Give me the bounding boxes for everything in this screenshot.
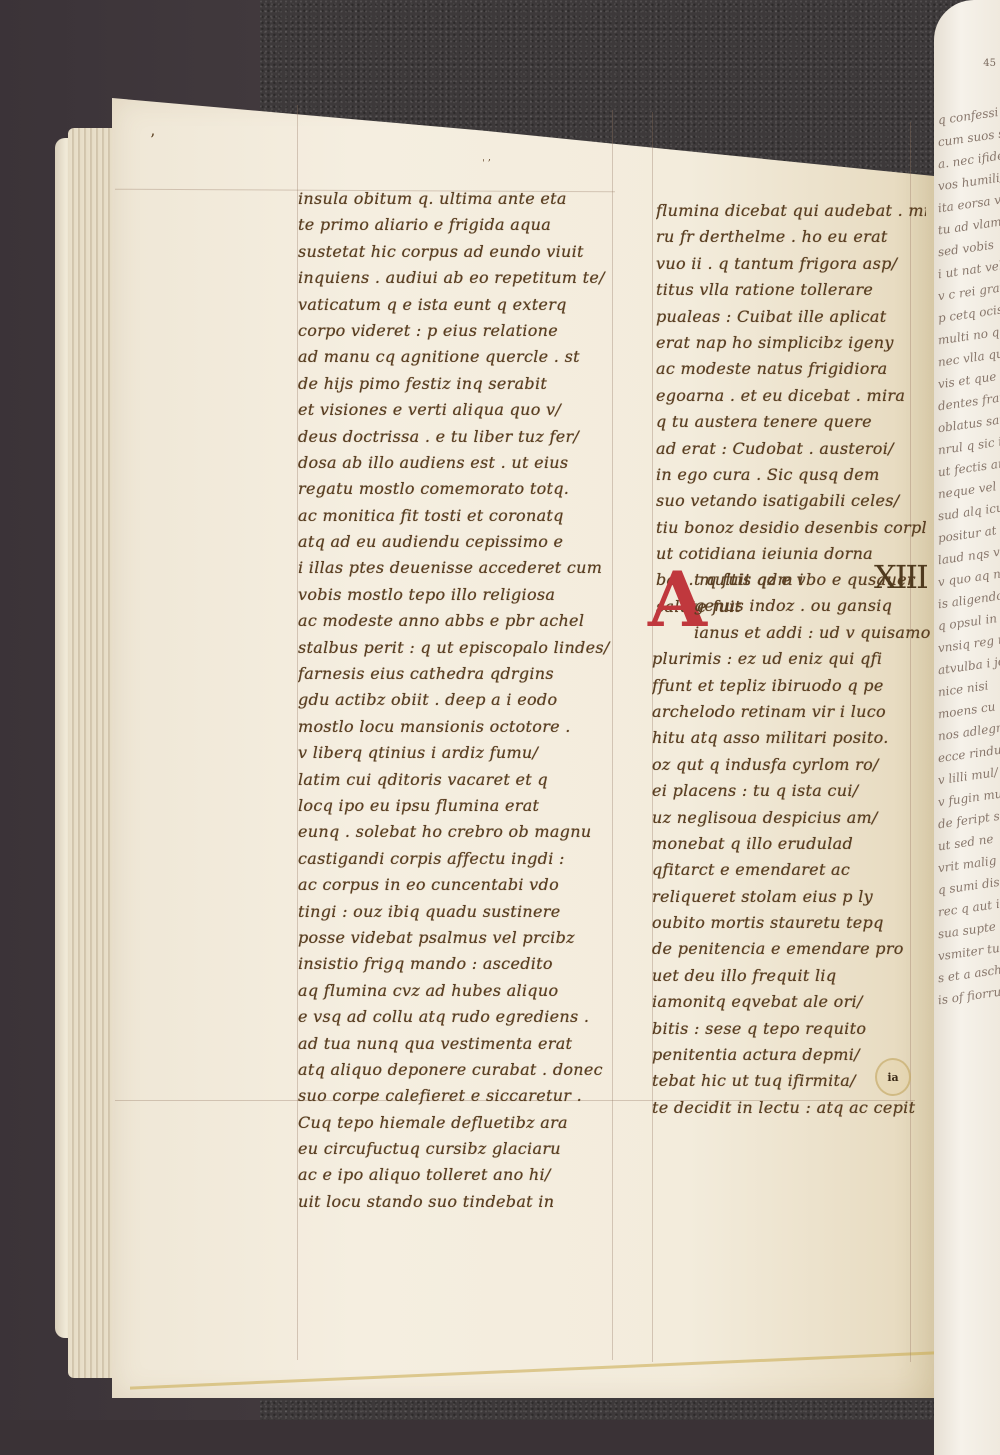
text-line: suo vetando isatigabili celes/ [656, 488, 926, 514]
library-stamp: ia [875, 1058, 911, 1096]
backdrop-bottom [0, 1420, 1000, 1455]
text-line: ianus et addi : ud v quisamo [694, 620, 930, 646]
text-line: ac modeste natus frigidiora [656, 356, 926, 382]
text-line: in ego cura . Sic qusq dem [656, 462, 926, 488]
text-line: bitis : sese q tepo requito [652, 1016, 930, 1042]
text-line: inquiens . audiui ab eo repetitum te/ [298, 265, 618, 291]
text-line: stalbus perit : q ut episcopalo lindes/ [298, 635, 618, 661]
text-line: ac modeste anno abbs e pbr achel [298, 608, 618, 634]
text-line: et visiones e verti aliqua quo v/ [298, 397, 618, 423]
text-line: te decidit in lectu : atq ac cepit [652, 1095, 930, 1121]
text-line: ac corpus in eo cuncentabi vdo [298, 872, 618, 898]
text-line: sustetat hic corpus ad eundo viuit [298, 239, 618, 265]
text-line: ru fr derthelme . ho eu erat [656, 224, 926, 250]
text-line: hitu atq asso militari posito. [652, 725, 930, 751]
text-line: ei placens : tu q ista cui/ [652, 778, 930, 804]
text-line: atq ad eu audiendu cepissimo e [298, 529, 618, 555]
text-line: qfitarct e emendaret ac [652, 857, 930, 883]
text-line: dosa ab illo audiens est . ut eius [298, 450, 618, 476]
text-line: i illas ptes deuenisse accederet cum [298, 555, 618, 581]
text-line: titus vlla ratione tollerare [656, 277, 926, 303]
text-line: insula obitum q. ultima ante eta [298, 186, 618, 212]
text-line: farnesis eius cathedra qdrgins [298, 661, 618, 687]
text-line: genus indoz . ou gansiq [694, 593, 930, 619]
text-line: corpo videret : p eius relatione [298, 318, 618, 344]
text-line: ad erat : Cudobat . austeroi/ [656, 436, 926, 462]
text-line: vuo ii . q tantum frigora asp/ [656, 251, 926, 277]
recto-text-column: q confessi cum suos siui a. nec ifideles… [934, 110, 1000, 1012]
text-line: de penitencia e emendare pro [652, 936, 930, 962]
text-line: q tu austera tenere quere [656, 409, 926, 435]
text-line: egoarna . et eu dicebat . mira [656, 383, 926, 409]
text-line: e vsq ad collu atq rudo egrediens . [298, 1004, 618, 1030]
recto-page-edge: 45 q confessi cum suos siui a. nec ifide… [934, 0, 1000, 1455]
left-text-column: insula obitum q. ultima ante eta te prim… [298, 186, 618, 1215]
text-line: tiu bonoz desidio desenbis corpl [656, 515, 926, 541]
text-line: archelodo retinam vir i luco [652, 699, 930, 725]
text-line: ac monitica fit tosti et coronatq [298, 503, 618, 529]
right-text-column-lower: t q fuit qdm i genus indoz . ou gansiq i… [694, 567, 930, 1121]
text-line: gdu actibz obiit . deep a i eodo [298, 687, 618, 713]
text-line: eunq . solebat ho crebro ob magnu [298, 819, 618, 845]
text-line: atq aliquo deponere curabat . donec [298, 1057, 618, 1083]
text-line: deus doctrissa . e tu liber tuz fer/ [298, 424, 618, 450]
text-line: locq ipo eu ipsu flumina erat [298, 793, 618, 819]
text-line: insistio frigq mando : ascedito [298, 951, 618, 977]
top-corner-mark: ’ [150, 130, 155, 149]
text-line: aq flumina cvz ad hubes aliquo [298, 978, 618, 1004]
chapter-first-line: t q fuit qdm i [694, 567, 930, 593]
text-line: oubito mortis stauretu tepq [652, 910, 930, 936]
text-line: vaticatum q e ista eunt q exterq [298, 292, 618, 318]
text-line: latim cui qditoris vacaret et q [298, 767, 618, 793]
text-line: ad tua nunq qua vestimenta erat [298, 1031, 618, 1057]
text-line: ffunt et tepliz ibiruodo q pe [652, 673, 930, 699]
text-line: erat nap ho simplicibz igeny [656, 330, 926, 356]
text-line: v liberq qtinius i ardiz fumu/ [298, 740, 618, 766]
text-line: suo corpe calefieret e siccaretur . [298, 1083, 618, 1109]
top-center-mark: ˌ , [482, 152, 491, 163]
text-line: uet deu illo frequit liq [652, 963, 930, 989]
text-line: eu circufuctuq cursibz glaciaru [298, 1136, 618, 1162]
text-line: castigandi corpis affectu ingdi : [298, 846, 618, 872]
text-line: reliqueret stolam eius p ly [652, 884, 930, 910]
text-line: vobis mostlo tepo illo religiosa [298, 582, 618, 608]
text-line: Cuq tepo hiemale defluetibz ara [298, 1110, 618, 1136]
text-line: oz qut q indusfa cyrlom ro/ [652, 752, 930, 778]
text-line: ac e ipo aliquo tolleret ano hi/ [298, 1162, 618, 1188]
text-line: pualeas : Cuibat ille aplicat [656, 304, 926, 330]
text-line: te primo aliario e frigida aqua [298, 212, 618, 238]
text-line: monebat q illo erudulad [652, 831, 930, 857]
text-line: iamonitq eqvebat ale ori/ [652, 989, 930, 1015]
text-line: plurimis : ez ud eniz qui qfi [652, 646, 930, 672]
text-line: de hijs pimo festiz inq serabit [298, 371, 618, 397]
text-line: mostlo locu mansionis octotore . [298, 714, 618, 740]
text-line: posse videbat psalmus vel prcibz [298, 925, 618, 951]
text-line: regatu mostlo comemorato totq. [298, 476, 618, 502]
text-line: uz neglisoua despicius am/ [652, 805, 930, 831]
folio-number: 45 [983, 58, 996, 69]
text-line: ad manu cq agnitione quercle . st [298, 344, 618, 370]
text-line: tingi : ouz ibiq quadu sustinere [298, 899, 618, 925]
text-line: uit locu stando suo tindebat in [298, 1189, 618, 1215]
text-line: flumina dicebat qui audebat . mi [656, 198, 926, 224]
red-initial-letter: A [648, 560, 694, 640]
